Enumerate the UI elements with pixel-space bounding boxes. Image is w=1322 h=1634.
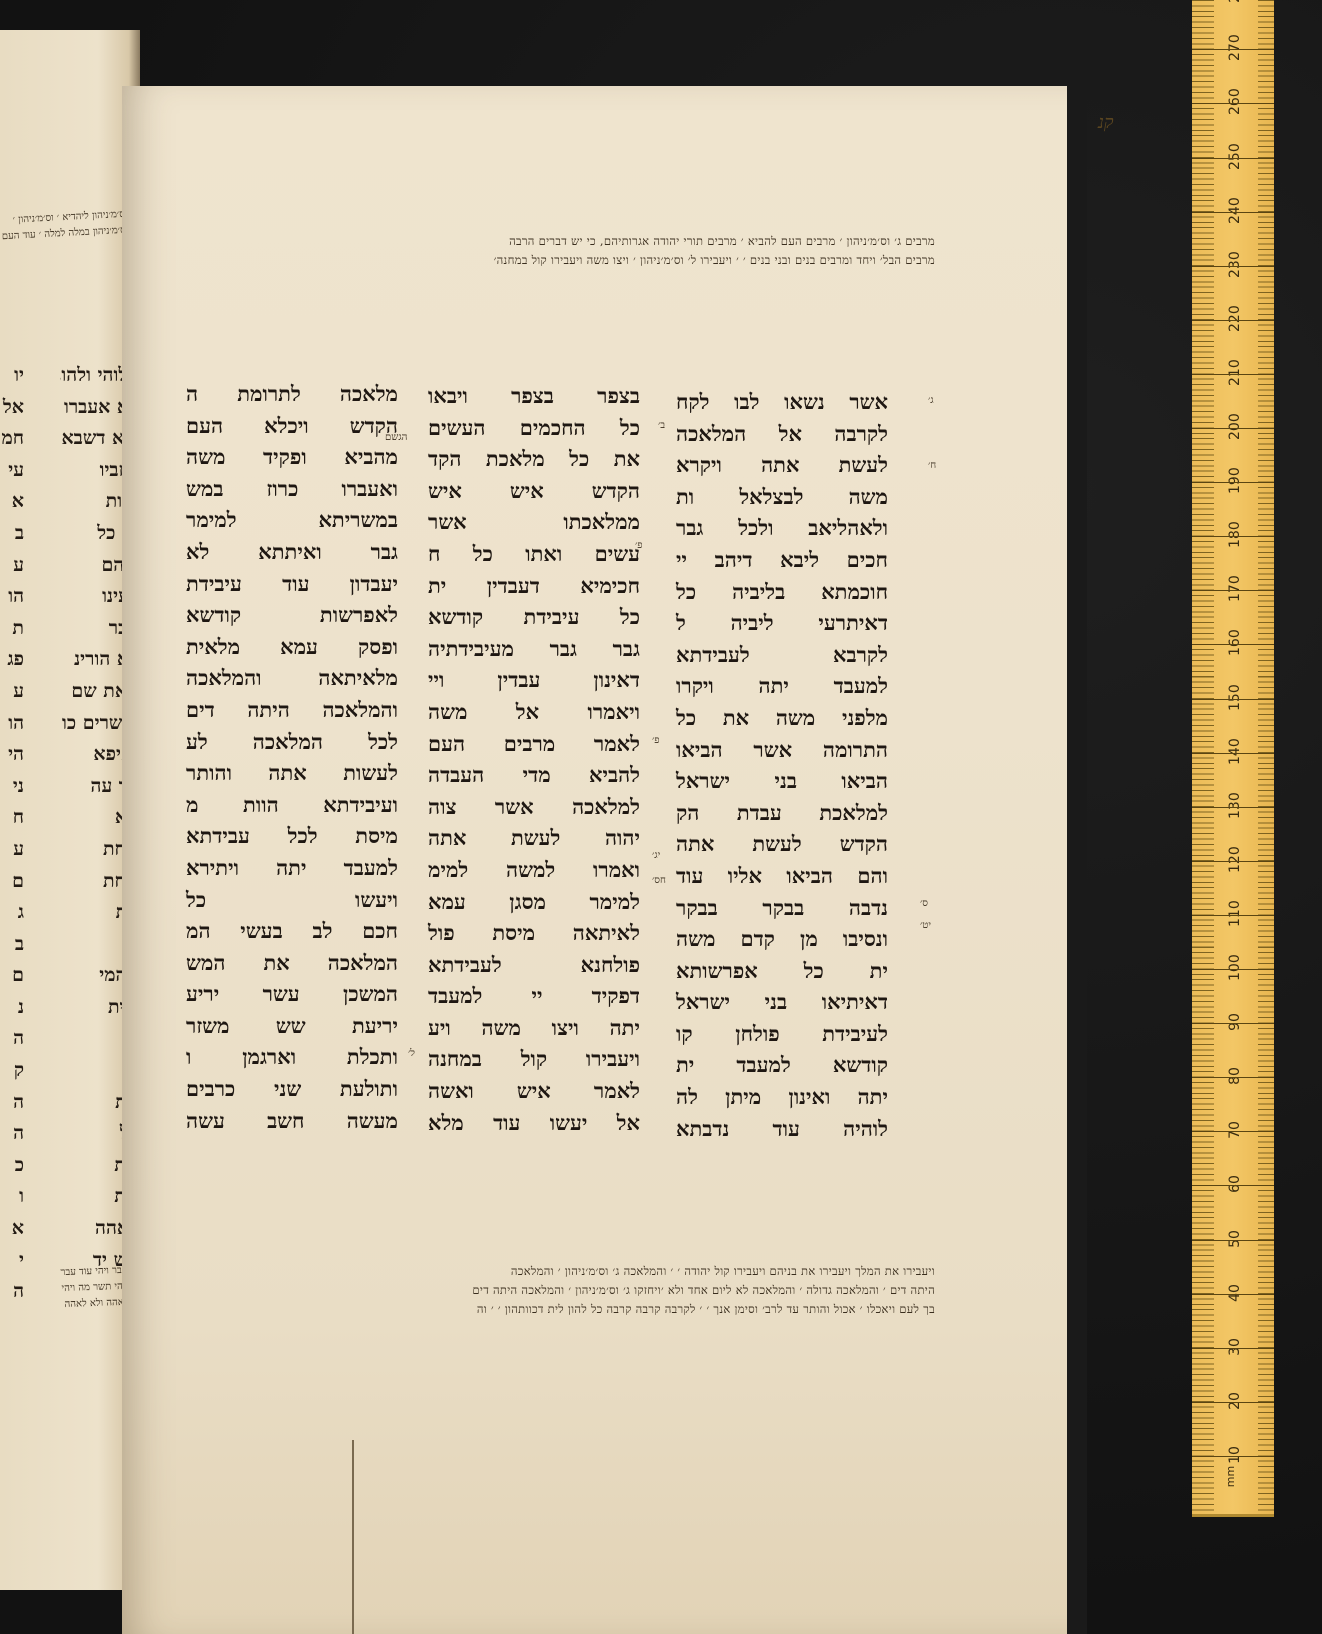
- masorah-line: היתה דים ׳ והמלאכה גדולה ׳ והמלאכה לא לי…: [185, 1281, 935, 1300]
- ruler-label: 28: [1227, 0, 1243, 7]
- text-line: א: [0, 486, 24, 518]
- text-line: ואעברו כרוז במש: [186, 473, 398, 505]
- text-column-middle: בצפר בצפר ויבאוכל החכמים העשיםאת כל מלאכ…: [428, 380, 640, 1138]
- text-line: ופסק עמא מלאית: [186, 631, 398, 663]
- text-line: נ: [0, 992, 24, 1024]
- ruler-major-tick: [1192, 1131, 1274, 1132]
- ruler-major-tick: [1192, 644, 1274, 645]
- text-line: דאיתרעי ליביה ל: [676, 607, 888, 639]
- ruler-label: 130: [1227, 793, 1243, 819]
- text-line: לעיבידת פולחן קו: [676, 1018, 888, 1050]
- ruler-label: 20: [1227, 1388, 1243, 1414]
- folio-number: קנ: [1098, 112, 1114, 133]
- margin-note: ל׳: [408, 1048, 415, 1059]
- text-line: כל עיבידת קודשא: [428, 601, 640, 633]
- text-line: הקדש ויכלא העם: [186, 410, 398, 442]
- ruler-label: 10: [1227, 1442, 1243, 1468]
- text-line: כל החכמים העשים: [428, 412, 640, 444]
- text-line: גבר ואיתתא לא: [186, 536, 398, 568]
- text-line: יתה ואינון מיתן לה: [676, 1081, 888, 1113]
- text-line: דאינון עבדין ויי: [428, 664, 640, 696]
- text-line: למלאכת עבדת הק: [676, 797, 888, 829]
- ruler-major-tick: [1192, 103, 1274, 104]
- text-line: למלאכה אשר צוה: [428, 791, 640, 823]
- text-line: לקרבה אל המלאכה: [676, 418, 888, 450]
- ruler-major-tick: [1192, 1077, 1274, 1078]
- ruler-label: 260: [1227, 89, 1243, 115]
- text-line: ג: [0, 897, 24, 929]
- text-line: מלפני משה את כל: [676, 702, 888, 734]
- text-line: חוכמתא בליביה כל: [676, 576, 888, 608]
- ruler-label: 140: [1227, 739, 1243, 765]
- masorah-magna-bottom: ויעבירו את המלך ויעבירו את בניהם ויעבירו…: [185, 1262, 935, 1319]
- text-line: ב: [0, 518, 24, 550]
- ruler-label: 110: [1227, 901, 1243, 927]
- ruler-major-tick: [1192, 753, 1274, 754]
- ruler-major-tick: [1192, 1348, 1274, 1349]
- text-line: א: [0, 1213, 24, 1245]
- text-line: לאפרשות קודשא: [186, 599, 398, 631]
- ruler-label: 50: [1227, 1226, 1243, 1252]
- text-line: אל: [0, 392, 24, 424]
- margin-note: יג׳: [652, 850, 660, 861]
- masorah-line: מרבים ג׳ וס׳מ׳ניהון ׳ מרבים העם להביא ׳ …: [190, 232, 935, 251]
- ruler-label: 40: [1227, 1280, 1243, 1306]
- text-column-right: אשר נשאו לבו לקחלקרבה אל המלאכהלעשת אתה …: [676, 386, 888, 1144]
- text-line: במשריתא למימר: [186, 504, 398, 536]
- text-line: ח: [0, 802, 24, 834]
- ruler-label: 30: [1227, 1334, 1243, 1360]
- text-line: חמ: [0, 423, 24, 455]
- text-line: ונסיבו מן קדם משה: [676, 923, 888, 955]
- text-line: יעבדון עוד עיבידת: [186, 568, 398, 600]
- ruler-ticks-left: [1192, 0, 1214, 1514]
- ruler-label: 200: [1227, 414, 1243, 440]
- ruler-major-tick: [1192, 1023, 1274, 1024]
- text-line: מלאכה לתרומת ה: [186, 378, 398, 410]
- text-line: בצפר בצפר ויבאו: [428, 380, 640, 412]
- ruler-major-tick: [1192, 807, 1274, 808]
- text-line: פולחנא לעבידתא: [428, 949, 640, 981]
- text-line: ת: [0, 613, 24, 645]
- ruler-major-tick: [1192, 482, 1274, 483]
- text-line: המשכן עשר יריע: [186, 978, 398, 1010]
- text-line: ועיבידתא הוות מ: [186, 789, 398, 821]
- text-line: גבר גבר מעיבידתיה: [428, 633, 640, 665]
- ruler-major-tick: [1192, 49, 1274, 50]
- left-page-column-b: יואלחמעיאבעהותפגעהוהיניחעםגבםנהקההכואיה: [0, 360, 24, 1308]
- margin-note: פ׳: [635, 540, 643, 551]
- text-line: מלאיתאה והמלאכה: [186, 662, 398, 694]
- ruler-label: 210: [1227, 360, 1243, 386]
- ruler-major-tick: [1192, 915, 1274, 916]
- text-line: ה: [0, 1087, 24, 1119]
- text-line: למעבד יתה ויתירא: [186, 852, 398, 884]
- text-line: הקדש איש איש: [428, 475, 640, 507]
- text-line: ויעשו כל: [186, 884, 398, 916]
- text-line: מהביא ופקיד משה: [186, 441, 398, 473]
- text-line: הי: [0, 739, 24, 771]
- ruler-label: 190: [1227, 468, 1243, 494]
- parchment-crack: [352, 1440, 354, 1634]
- text-line: לוהיה עוד נדבתא: [676, 1113, 888, 1145]
- text-line: ותכלת וארגמן ו: [186, 1041, 398, 1073]
- text-line: עי: [0, 455, 24, 487]
- masorah-magna-top: מרבים ג׳ וס׳מ׳ניהון ׳ מרבים העם להביא ׳ …: [190, 232, 935, 270]
- text-line: נדבה בבקר בבקר: [676, 892, 888, 924]
- text-line: לאמר איש ואשה: [428, 1075, 640, 1107]
- text-line: ואמרו למשה למימ: [428, 854, 640, 886]
- text-line: הקדש לעשת אתה: [676, 828, 888, 860]
- masorah-line: ויעבירו את המלך ויעבירו את בניהם ויעבירו…: [185, 1262, 935, 1281]
- text-line: המלאכה את המש: [186, 947, 398, 979]
- ruler-major-tick: [1192, 1240, 1274, 1241]
- text-line: קודשא למעבד ית: [676, 1049, 888, 1081]
- ruler-label: 230: [1227, 252, 1243, 278]
- text-line: ממלאכתו אשר: [428, 506, 640, 538]
- margin-note: הגשם: [385, 432, 407, 443]
- ruler-label: 70: [1227, 1117, 1243, 1143]
- text-line: את כל מלאכת הקד: [428, 443, 640, 475]
- ruler-major-tick: [1192, 1185, 1274, 1186]
- ruler-label: 180: [1227, 522, 1243, 548]
- ruler-major-tick: [1192, 699, 1274, 700]
- ruler-label: 240: [1227, 198, 1243, 224]
- text-line: ע: [0, 550, 24, 582]
- text-line: לאמר מרבים העם: [428, 728, 640, 760]
- text-line: יו: [0, 360, 24, 392]
- text-line: ב: [0, 929, 24, 961]
- text-line: אשר נשאו לבו לקח: [676, 386, 888, 418]
- text-line: לעשות אתה והותר: [186, 757, 398, 789]
- ruler-major-tick: [1192, 969, 1274, 970]
- text-line: הו: [0, 708, 24, 740]
- ruler-label: 160: [1227, 630, 1243, 656]
- margin-note: ח׳: [928, 460, 936, 471]
- text-line: עשים ואתו כל ח: [428, 538, 640, 570]
- ruler-major-tick: [1192, 266, 1274, 267]
- text-line: התרומה אשר הביאו: [676, 734, 888, 766]
- ruler-major-tick: [1192, 590, 1274, 591]
- text-line: פג: [0, 644, 24, 676]
- text-line: חכים ליבא דיהב יי: [676, 544, 888, 576]
- margin-note: ב׳: [658, 420, 665, 431]
- text-line: דאיתיאו בני ישראל: [676, 986, 888, 1018]
- measurement-ruler: mm 1020304050607080901001101201301401501…: [1192, 0, 1274, 1517]
- ruler-label: 80: [1227, 1063, 1243, 1089]
- text-line: ע: [0, 676, 24, 708]
- text-line: חכימיא דעבדין ית: [428, 570, 640, 602]
- ruler-major-tick: [1192, 320, 1274, 321]
- text-line: משה לבצלאל ות: [676, 481, 888, 513]
- margin-note: פ׳: [652, 735, 660, 746]
- left-page-masorah-top: וס׳מ׳ניהון ליהדיא ׳ וס׳מ׳ניהון ׳ וס׳מ׳ני…: [0, 207, 129, 246]
- text-line: ה: [0, 1118, 24, 1150]
- ruler-major-tick: [1192, 1456, 1274, 1457]
- text-line: ק: [0, 1055, 24, 1087]
- text-line: מעשה חשב עשה: [186, 1105, 398, 1137]
- text-line: ע: [0, 834, 24, 866]
- text-line: ויעבירו קול במחנה: [428, 1043, 640, 1075]
- text-line: ני: [0, 771, 24, 803]
- text-line: הביאו בני ישראל: [676, 765, 888, 797]
- text-line: ה: [0, 1023, 24, 1055]
- ruler-label: 120: [1227, 847, 1243, 873]
- ruler-label: 170: [1227, 576, 1243, 602]
- ruler-major-tick: [1192, 1402, 1274, 1403]
- ruler-major-tick: [1192, 536, 1274, 537]
- text-line: יתה ויצו משה ויע: [428, 1012, 640, 1044]
- text-line: יהוה לעשת אתה: [428, 822, 640, 854]
- text-line: ולאהליאב ולכל גבר: [676, 512, 888, 544]
- text-line: והם הביאו אליו עוד: [676, 860, 888, 892]
- ruler-unit-label: mm: [1224, 1466, 1237, 1487]
- text-line: להביא מדי העבדה: [428, 759, 640, 791]
- ruler-major-tick: [1192, 374, 1274, 375]
- text-line: יריעת שש משזר: [186, 1010, 398, 1042]
- ruler-major-tick: [1192, 1294, 1274, 1295]
- text-line: חכם לב בעשי המ: [186, 915, 398, 947]
- left-page-masorah-bottom: עבר ויהי עוד עבר ויהי תשר מה ויהי לאהה ו…: [0, 1263, 129, 1315]
- text-line: ית כל אפרשותא: [676, 955, 888, 987]
- margin-note: יט׳: [920, 920, 931, 931]
- text-line: ויאמרו אל משה: [428, 696, 640, 728]
- text-line: לקרבא לעבידתא: [676, 639, 888, 671]
- margin-note: ג׳: [928, 395, 934, 406]
- text-line: ו: [0, 1181, 24, 1213]
- masorah-line: בך לעם ויאכלו ׳ אכול והותר עד לרב׳ וסימן…: [185, 1300, 935, 1319]
- ruler-label: 60: [1227, 1171, 1243, 1197]
- text-line: כ: [0, 1150, 24, 1182]
- ruler-label: 220: [1227, 306, 1243, 332]
- text-line: הו: [0, 581, 24, 613]
- ruler-ticks-right: [1258, 0, 1274, 1514]
- text-line: למימר מסגן עמא: [428, 886, 640, 918]
- text-line: והמלאכה היתה דים: [186, 694, 398, 726]
- ruler-label: 150: [1227, 685, 1243, 711]
- text-line: לאיתאה מיסת פול: [428, 917, 640, 949]
- ruler-label: 270: [1227, 35, 1243, 61]
- text-line: לכל המלאכה לע: [186, 726, 398, 758]
- text-column-left: מלאכה לתרומת ההקדש ויכלא העםמהביא ופקיד …: [186, 378, 398, 1136]
- ruler-label: 250: [1227, 144, 1243, 170]
- text-line: מיסת לכל עבידתא: [186, 820, 398, 852]
- ruler-major-tick: [1192, 212, 1274, 213]
- masorah-line: מרבים הבל׳ ויחד ומרבים בנים ובני בנים ׳ …: [190, 251, 935, 270]
- text-line: למעבד יתה ויקרו: [676, 670, 888, 702]
- ruler-label: 100: [1227, 955, 1243, 981]
- text-line: אל יעשו עוד מלא: [428, 1107, 640, 1139]
- text-line: ם: [0, 960, 24, 992]
- ruler-major-tick: [1192, 158, 1274, 159]
- ruler-major-tick: [1192, 861, 1274, 862]
- page-edge-shadow: [1067, 86, 1087, 1634]
- text-line: ותולעת שני כרבים: [186, 1073, 398, 1105]
- margin-note: חס׳: [652, 875, 666, 886]
- text-line: לעשת אתה ויקרא: [676, 449, 888, 481]
- margin-note: ס׳: [920, 898, 928, 909]
- text-line: ם: [0, 866, 24, 898]
- text-line: דפקיד יי למעבד: [428, 980, 640, 1012]
- ruler-label: 90: [1227, 1009, 1243, 1035]
- ruler-major-tick: [1192, 428, 1274, 429]
